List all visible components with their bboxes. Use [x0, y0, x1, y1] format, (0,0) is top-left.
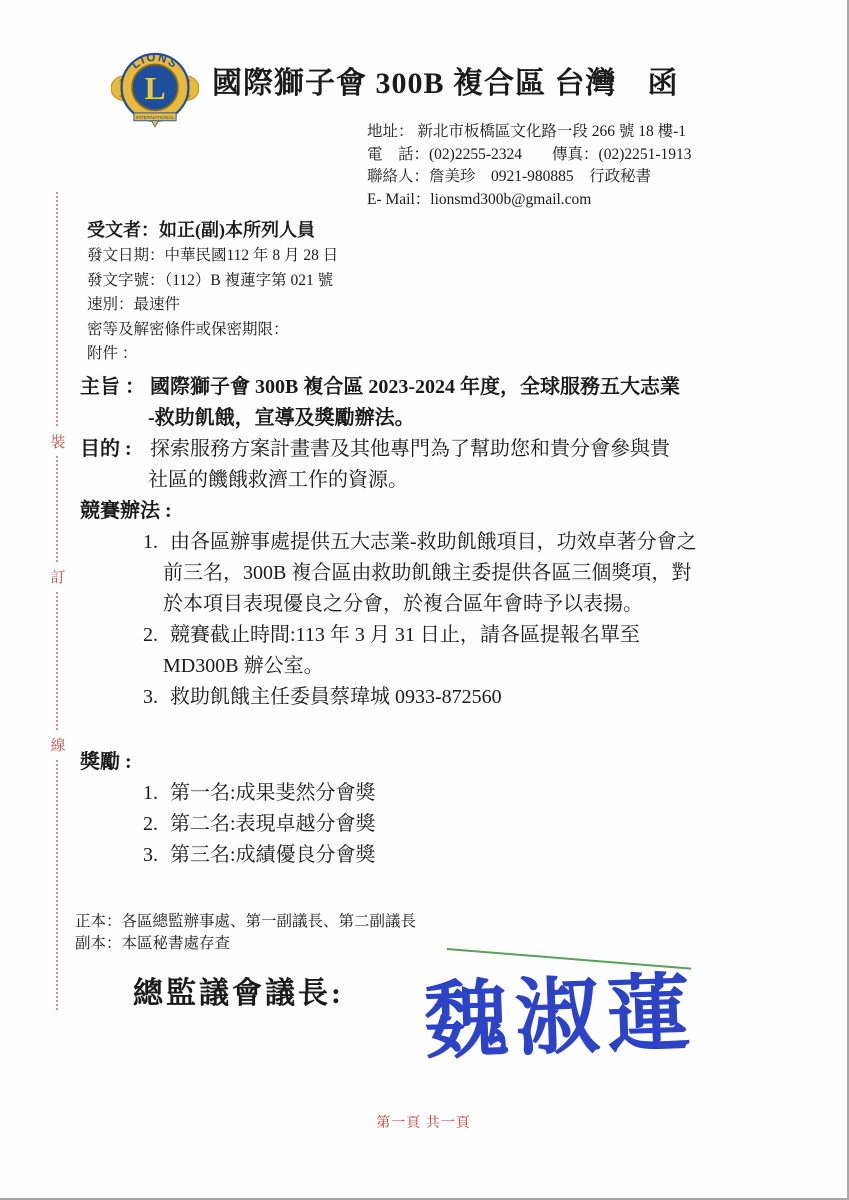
document-page: 裝 訂 線 L LIONS INTERNATIONAL 國際獅子會 300B 複…	[0, 0, 849, 1200]
rules-heading: 競賽辦法 :	[80, 496, 804, 527]
awards-heading: 獎勵 :	[80, 747, 804, 778]
binding-label-ding: 訂	[48, 563, 68, 590]
rule-item-2: 2.競賽截止時間:113 年 3 月 31 日止，請各區提報名單至	[80, 620, 804, 651]
address-value: 新北市板橋區文化路一段 266 號 18 樓-1	[417, 123, 686, 140]
secrecy-line: 密等及解密條件或保密期限：	[87, 318, 338, 343]
attachment-line: 附件 ：	[87, 342, 338, 367]
binding-dotted-line	[56, 192, 58, 1010]
rule-item-1-cont: 於本項目表現優良之分會，於複合區年會時予以表揚。	[80, 589, 804, 620]
binding-label-zhuang: 裝	[48, 428, 68, 455]
purpose-line-2: 社區的饑餓救濟工作的資源。	[80, 465, 804, 496]
award-item-2: 2.第二名:表現卓越分會獎	[80, 809, 804, 840]
signature-stamp: 魏淑蓮	[422, 945, 699, 1075]
email-label: E- Mail：	[367, 191, 430, 208]
address-label: 地址：	[367, 123, 414, 140]
phone-fax-line: 電 話：(02)2255-2324傳真：(02)2251-1913	[367, 144, 692, 167]
phone-label: 電 話：	[367, 146, 429, 163]
rule-item-1: 1.由各區辦事處提供五大志業-救助飢餓項目，功效卓著分會之	[80, 527, 804, 558]
fax-label: 傳真：	[552, 146, 599, 163]
contact-block: 地址： 新北市板橋區文化路一段 266 號 18 樓-1 電 話：(02)225…	[367, 121, 692, 211]
letter-title: 國際獅子會 300B 複合區 台灣 函	[212, 58, 682, 102]
contact-person-line: 聯絡人：詹美珍 0921-980885 行政秘書	[367, 166, 692, 189]
document-meta-block: 受文者：如正(副)本所列人員 發文日期：中華民國112 年 8 月 28 日 發…	[87, 217, 338, 367]
rule-item-3: 3.救助飢餓主任委員蔡瑋城 0933-872560	[80, 682, 804, 713]
signature-title: 總監議會議長:	[133, 968, 344, 1012]
award-item-3: 3.第三名:成績優良分會獎	[80, 840, 804, 871]
priority-line: 速別：最速件	[87, 293, 338, 318]
recipient-line: 受文者：如正(副)本所列人員	[87, 217, 338, 244]
rule-item-2-cont: MD300B 辦公室。	[80, 651, 804, 682]
logo-international-text: INTERNATIONAL	[136, 115, 175, 121]
binding-label-xian: 線	[48, 731, 68, 758]
subject-line-1: 主旨 ：國際獅子會 300B 複合區 2023-2024 年度，全球服務五大志業	[80, 372, 804, 403]
copies-block: 正本：各區總監辦事處、第一副議長、第二副議長 副本：本區秘書處存查	[75, 911, 416, 955]
fax-value: (02)2251-1913	[599, 146, 692, 163]
email-line: E- Mail：lionsmd300b@gmail.com	[367, 189, 692, 212]
person-label: 聯絡人：	[367, 168, 429, 185]
award-item-1: 1.第一名:成果斐然分會獎	[80, 778, 804, 809]
subject-line-2: -救助飢餓，宣導及獎勵辦法。	[80, 403, 804, 434]
doc-number-line: 發文字號：（112）B 複蓮字第 021 號	[87, 269, 338, 294]
purpose-line-1: 目的 :探索服務方案計畫書及其他專門為了幫助您和貴分會參與貴	[80, 434, 804, 465]
logo-letter-l: L	[144, 71, 165, 106]
person-value: 詹美珍 0921-980885 行政秘書	[429, 168, 651, 185]
address-line: 地址： 新北市板橋區文化路一段 266 號 18 樓-1	[367, 121, 692, 144]
lions-club-logo-icon: L LIONS INTERNATIONAL	[111, 46, 199, 134]
phone-value: (02)2255-2324	[429, 146, 522, 163]
letter-body: 主旨 ：國際獅子會 300B 複合區 2023-2024 年度，全球服務五大志業…	[80, 372, 804, 871]
issue-date-line: 發文日期：中華民國112 年 8 月 28 日	[87, 244, 338, 269]
rule-item-1-cont: 前三名，300B 複合區由救助飢餓主委提供各區三個獎項，對	[80, 558, 804, 589]
page-number-footer: 第一頁 共一頁	[0, 1112, 847, 1132]
email-value: lionsmd300b@gmail.com	[430, 191, 591, 208]
purpose-label: 目的 :	[80, 434, 150, 465]
subject-label: 主旨 ：	[80, 372, 150, 403]
cc-copy-line: 副本：本區秘書處存查	[75, 933, 416, 955]
original-copy-line: 正本：各區總監辦事處、第一副議長、第二副議長	[75, 911, 416, 933]
